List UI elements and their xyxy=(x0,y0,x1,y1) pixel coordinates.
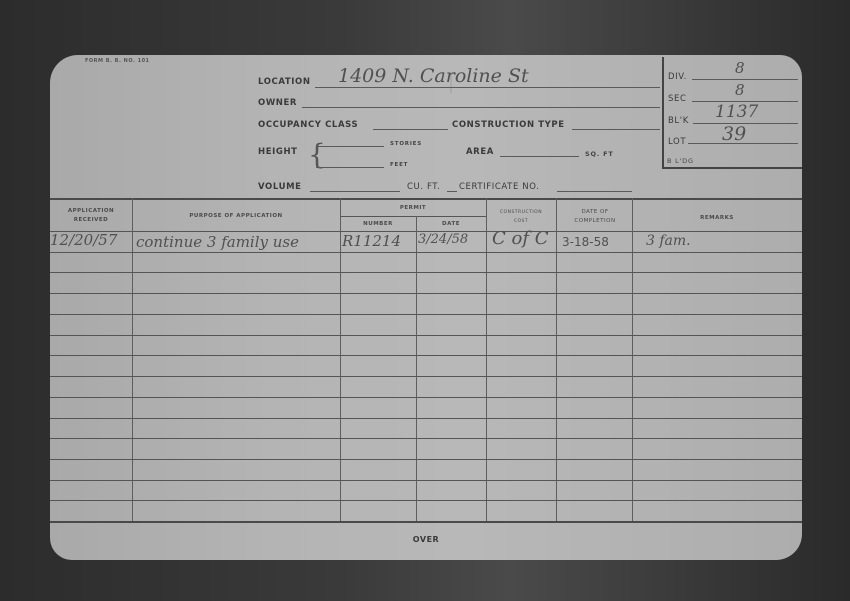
area-line xyxy=(500,156,579,157)
certificate-label: CERTIFICATE NO. xyxy=(459,182,539,192)
cell-permit-number: R11214 xyxy=(342,232,401,250)
row-line xyxy=(50,376,802,377)
form-number: FORM B. B. NO. 101 xyxy=(85,58,150,64)
property-record-card: FORM B. B. NO. 101 LOCATION 1409 N. Caro… xyxy=(50,55,802,560)
construction-type-line xyxy=(572,129,660,130)
div-line xyxy=(692,79,798,80)
location-label: LOCATION xyxy=(258,77,311,87)
row-line xyxy=(50,293,802,294)
header-permit: PERMIT xyxy=(340,204,486,213)
lot-label: LOT xyxy=(668,137,686,147)
volume-unit: CU. FT. xyxy=(407,182,440,192)
location-value: 1409 N. Caroline St xyxy=(338,65,529,87)
volume-line xyxy=(310,191,400,192)
over-label: OVER xyxy=(50,535,802,544)
volume-label: VOLUME xyxy=(258,182,302,192)
header-purpose: PURPOSE OF APPLICATION xyxy=(132,212,340,221)
header-permit-number: NUMBER xyxy=(340,220,416,229)
row-line xyxy=(50,272,802,273)
table-bottom-border xyxy=(50,521,802,523)
row-line xyxy=(50,252,802,253)
sec-value: 8 xyxy=(735,81,745,99)
cell-application-received: 12/20/57 xyxy=(50,231,117,249)
header-application-received: APPLICATION RECEIVED xyxy=(50,207,132,225)
cell-permit-date: 3/24/58 xyxy=(418,232,468,247)
row-line xyxy=(50,397,802,398)
height-label: HEIGHT xyxy=(258,147,298,157)
cell-purpose: continue 3 family use xyxy=(136,233,299,251)
area-unit: SQ. FT xyxy=(585,150,614,158)
feet-line xyxy=(316,167,384,168)
col-divider-5 xyxy=(556,198,557,521)
col-divider-3 xyxy=(416,216,417,521)
header-construction-cost: CONSTRUCTION COST xyxy=(492,208,550,226)
bldg-label: B L'DG xyxy=(667,157,694,165)
cert-lead-line xyxy=(447,191,457,192)
blk-value: 1137 xyxy=(715,102,758,122)
row-line xyxy=(50,314,802,315)
col-divider-2 xyxy=(340,198,341,521)
table-top-border xyxy=(50,198,802,200)
row-line xyxy=(50,355,802,356)
stories-label: STORIES xyxy=(390,141,422,147)
permit-subheader-line xyxy=(340,216,486,217)
location-line xyxy=(315,87,660,88)
occupancy-class-line xyxy=(373,129,448,130)
cell-construction-cost: C of C xyxy=(492,228,549,249)
construction-type-label: CONSTRUCTION TYPE xyxy=(452,120,565,130)
sec-label: SEC xyxy=(668,94,687,104)
div-value: 8 xyxy=(735,59,745,77)
feet-label: FEET xyxy=(390,162,408,168)
row-line xyxy=(50,500,802,501)
header-date-of-completion: DATE OF COMPLETION xyxy=(566,208,624,226)
blk-label: BL'K xyxy=(668,116,689,126)
row-line xyxy=(50,438,802,439)
col-divider-4 xyxy=(486,198,487,521)
owner-label: OWNER xyxy=(258,98,297,108)
area-label: AREA xyxy=(466,147,494,157)
cell-remarks: 3 fam. xyxy=(646,233,691,249)
occupancy-class-label: OCCUPANCY CLASS xyxy=(258,120,358,130)
col-divider-1 xyxy=(132,198,133,521)
cell-date-of-completion: 3-18-58 xyxy=(562,235,609,249)
row-line xyxy=(50,459,802,460)
row-line xyxy=(50,480,802,481)
lot-value: 39 xyxy=(722,123,746,145)
header-remarks: REMARKS xyxy=(632,214,802,223)
col-divider-6 xyxy=(632,198,633,521)
stories-line xyxy=(316,146,384,147)
row-line xyxy=(50,335,802,336)
div-label: DIV. xyxy=(668,72,687,82)
certificate-line xyxy=(557,191,632,192)
row-line xyxy=(50,418,802,419)
owner-line xyxy=(302,107,660,108)
header-permit-date: DATE xyxy=(416,220,486,229)
